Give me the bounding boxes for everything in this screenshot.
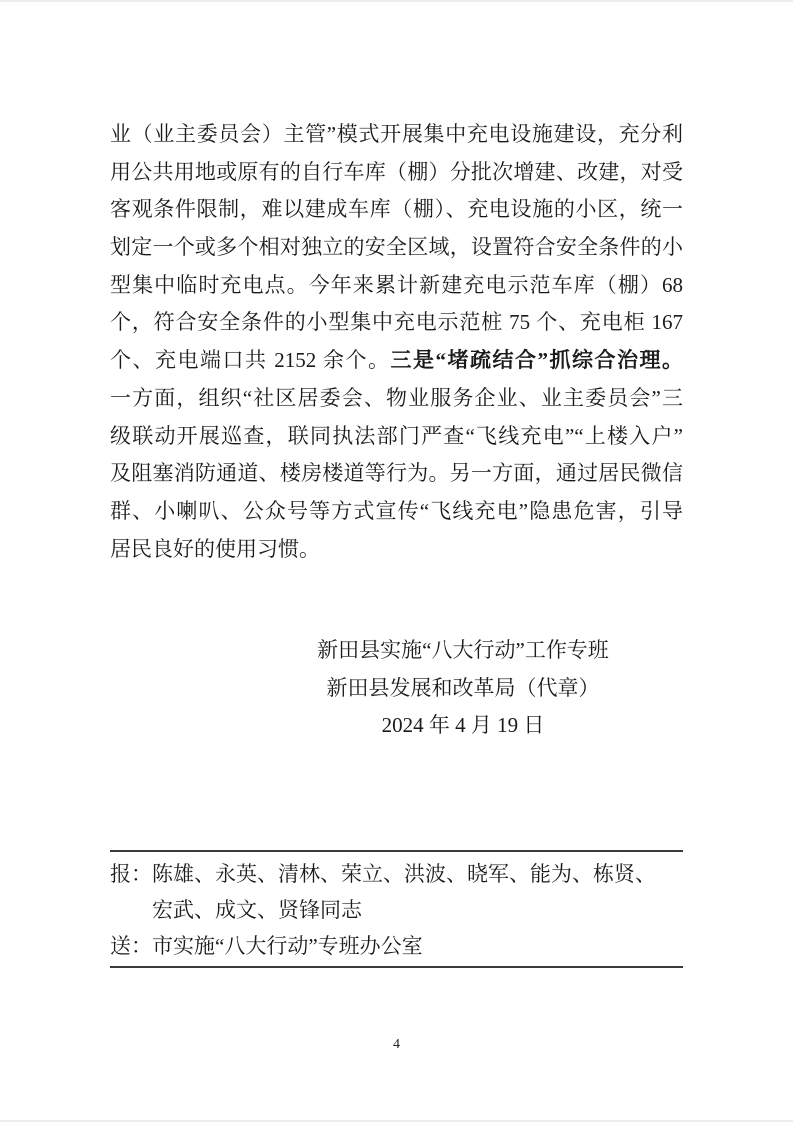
signature-date: 2024 年 4 月 19 日 (243, 707, 683, 745)
send-label: 送： (110, 928, 152, 964)
distribution-block: 报： 陈雄、永英、清林、荣立、洪波、晓军、能为、栋贤、 宏武、成文、贤锋同志 送… (110, 850, 683, 968)
signature-block: 新田县实施“八大行动”工作专班 新田县发展和改革局（代章） 2024 年 4 月… (243, 632, 683, 745)
send-row: 送： 市实施“八大行动”专班办公室 (110, 928, 683, 964)
report-names-line: 宏武、成文、贤锋同志 (152, 892, 683, 928)
body-line-normal-run: 个、充电端口共 2152 余个。 (110, 348, 391, 372)
body-line-mixed: 个、充电端口共 2152 余个。三是“堵疏结合”抓综合治理。 (110, 342, 683, 380)
document-page: 业（业主委员会）主管”模式开展集中充电设施建设，充分利 用公共用地或原有的自行车… (0, 0, 793, 1122)
body-paragraph: 业（业主委员会）主管”模式开展集中充电设施建设，充分利 用公共用地或原有的自行车… (110, 116, 683, 568)
body-line: 客观条件限制，难以建成车库（棚）、充电设施的小区，统一 (110, 191, 683, 229)
body-line: 型集中临时充电点。今年来累计新建充电示范车库（棚）68 (110, 267, 683, 305)
report-names: 陈雄、永英、清林、荣立、洪波、晓军、能为、栋贤、 宏武、成文、贤锋同志 (152, 856, 683, 928)
report-names-line: 陈雄、永英、清林、荣立、洪波、晓军、能为、栋贤、 (152, 856, 683, 892)
page-number: 4 (0, 1037, 793, 1053)
signature-agency-line: 新田县发展和改革局（代章） (243, 670, 683, 708)
send-target-wrap: 市实施“八大行动”专班办公室 (152, 928, 683, 964)
body-line: 及阻塞消防通道、楼房楼道等行为。另一方面，通过居民微信 (110, 455, 683, 493)
report-label: 报： (110, 856, 152, 892)
body-line: 业（业主委员会）主管”模式开展集中充电设施建设，充分利 (110, 116, 683, 154)
body-line: 个，符合安全条件的小型集中充电示范桩 75 个、充电柜 167 (110, 304, 683, 342)
send-target: 市实施“八大行动”专班办公室 (152, 928, 683, 964)
body-line: 一方面，组织“社区居委会、物业服务企业、业主委员会”三 (110, 380, 683, 418)
report-row: 报： 陈雄、永英、清林、荣立、洪波、晓军、能为、栋贤、 宏武、成文、贤锋同志 (110, 856, 683, 928)
signature-org-line: 新田县实施“八大行动”工作专班 (243, 632, 683, 670)
page-top-edge (0, 0, 793, 2)
body-line: 划定一个或多个相对独立的安全区域，设置符合安全条件的小 (110, 229, 683, 267)
body-line: 级联动开展巡查，联同执法部门严查“飞线充电”“上楼入户” (110, 418, 683, 456)
body-line: 群、小喇叭、公众号等方式宣传“飞线充电”隐患危害，引导 (110, 493, 683, 531)
body-line-last: 居民良好的使用习惯。 (110, 531, 683, 569)
body-line: 用公共用地或原有的自行车库（棚）分批次增建、改建，对受 (110, 154, 683, 192)
body-line-bold-run: 三是“堵疏结合”抓综合治理。 (391, 348, 684, 372)
